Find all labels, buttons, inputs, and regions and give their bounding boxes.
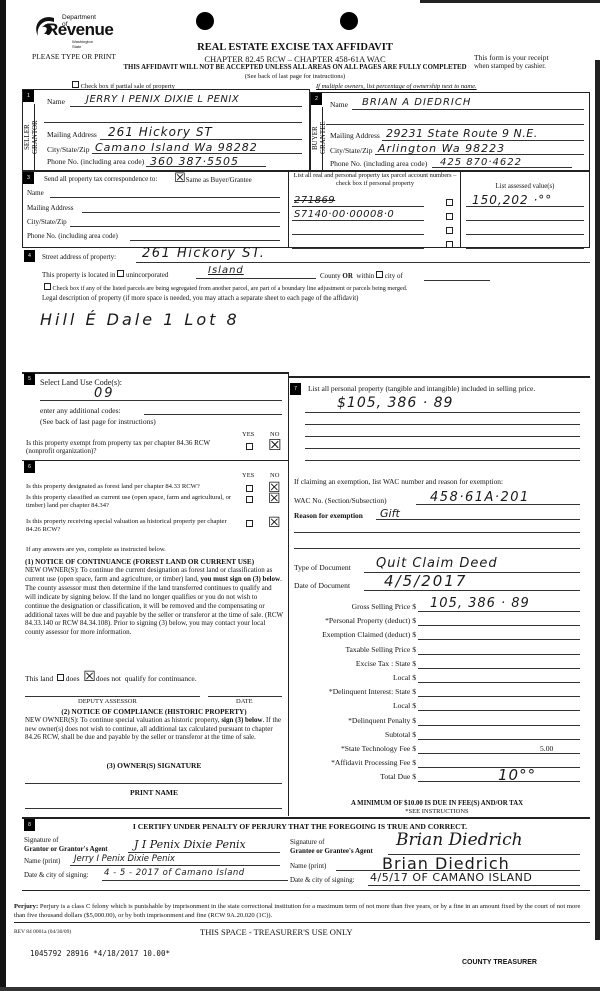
notice-of-compliance: (2) NOTICE OF COMPLIANCE (HISTORIC PROPE… (25, 708, 283, 742)
buyer-side-label: BUYER GRANTEE (311, 107, 323, 170)
assessed-value-header: List assessed value(s) (462, 183, 588, 190)
notice2-body: NEW OWNER(S): To continue special valuat… (25, 716, 283, 742)
property-street-field[interactable]: 261 Hickory ST. (142, 246, 265, 261)
same-as-buyer-checkbox-checked[interactable]: ☒ (174, 171, 186, 186)
buyer-address-line (382, 140, 584, 141)
tax-row-label: Exemption Claimed (deduct) $ (292, 630, 416, 639)
multiple-owners-note: If multiple owners, list percentage of o… (316, 83, 477, 90)
classification-no-checkbox-checked[interactable]: ☒ (268, 518, 281, 529)
additional-codes-line[interactable] (144, 414, 282, 415)
deputy-assessor-label: DEPUTY ASSESSOR (78, 698, 137, 705)
parcel-number-field[interactable]: S7140·00·00008·0 (294, 209, 394, 220)
tax-row-line[interactable] (418, 625, 580, 626)
buyer-city-label: City/State/Zip (330, 146, 373, 155)
location-row: This property is located in unincorporat… (42, 270, 168, 279)
wac-field[interactable]: 458·61A·201 (430, 490, 530, 505)
pp-line-5[interactable] (305, 460, 580, 461)
reason-line-2[interactable] (294, 532, 580, 533)
form-warning: THIS AFFIDAVIT WILL NOT BE ACCEPTED UNLE… (60, 64, 530, 71)
tax-row-line[interactable] (418, 710, 580, 711)
seller-address-field[interactable]: 261 Hickory ST (108, 125, 213, 139)
form-title: REAL ESTATE EXCISE TAX AFFIDAVIT (150, 42, 440, 53)
notice2-title: (2) NOTICE OF COMPLIANCE (HISTORIC PROPE… (25, 708, 283, 716)
buyer-address-field[interactable]: 29231 State Route 9 N.E. (386, 127, 538, 140)
assessed-value-line (466, 248, 584, 249)
instructions-note: (See back of last page for instructions) (150, 73, 440, 80)
section-number: 6 (24, 461, 35, 473)
segregated-row: Check box if any of the listed parcels a… (44, 283, 407, 292)
buyer-name-field[interactable]: BRIAN A DIEDRICH (362, 97, 471, 108)
tax-row-label: Taxable Selling Price $ (292, 645, 416, 654)
personal-property-label: List all personal property (tangible and… (308, 384, 578, 394)
tax-row-label: Excise Tax : State $ (292, 659, 416, 668)
reason-field[interactable]: Gift (380, 507, 400, 520)
parcel-line (292, 220, 424, 221)
personal-property-checkbox[interactable] (446, 241, 453, 248)
grantor-date-field[interactable]: 4 - 5 - 2017 of Camano Island (104, 868, 245, 878)
personal-property-checkbox[interactable] (446, 227, 453, 234)
parcel-line (292, 206, 424, 207)
seller-address-label: Mailing Address (47, 130, 97, 139)
parcel-line (292, 234, 424, 235)
doc-type-label: Type of Document (294, 563, 351, 572)
grantor-name-label: Name (print) (24, 857, 60, 865)
tax-row-line[interactable] (418, 725, 580, 726)
please-type-text: PLEASE TYPE OR PRINT (32, 52, 116, 61)
section-number: 1 (23, 90, 34, 102)
seller-phone-field[interactable]: 360 387·5505 (150, 155, 239, 168)
tax-row-label: Gross Selling Price $ (292, 602, 416, 611)
scan-edge-right (595, 60, 600, 940)
personal-property-field[interactable]: $105, 386 · 89 (337, 395, 453, 411)
scan-edge-bottom (0, 987, 600, 991)
county-row: County OR within city of (320, 271, 403, 280)
pp-line-3[interactable] (305, 436, 580, 437)
personal-property-checkbox[interactable] (446, 199, 453, 206)
form-revision: REV 84 0001a (04/30/09) (14, 929, 71, 935)
receipt-note-2: when stamped by cashier. (474, 62, 546, 70)
assessed-value-line (466, 234, 584, 235)
section-number: 7 (290, 383, 301, 395)
no-header: NO (270, 472, 279, 479)
logo-state: Washington State (72, 39, 102, 49)
city-of-line[interactable] (424, 280, 490, 281)
seller-side-label: SELLER GRANTOR (23, 104, 35, 170)
form-chapter: CHAPTER 82.45 RCW – CHAPTER 458-61A WAC (150, 54, 440, 64)
assessor-date-line[interactable] (208, 696, 282, 697)
tax-row-label: *Affidavit Processing Fee $ (292, 758, 416, 767)
owner-signature-heading: (3) OWNER(S) SIGNATURE (25, 761, 283, 770)
parcel-number-field[interactable]: 271869 (294, 195, 335, 206)
minimum-note: A MINIMUM OF $10.00 IS DUE IN FEE(S) AND… (292, 800, 582, 807)
grantor-name-line (70, 865, 280, 866)
buyer-phone-label: Phone No. (including area code) (330, 159, 427, 168)
owner-signature-line[interactable] (25, 783, 282, 784)
same-as-buyer-option[interactable]: ☒Same as Buyer/Grantee (174, 173, 252, 184)
divider (22, 460, 288, 461)
grantee-date-field[interactable]: 4/5/17 OF CAMANO ISLAND (370, 871, 532, 884)
land-use-line (40, 400, 282, 401)
legal-description-field[interactable]: Hill É Dale 1 Lot 8 (40, 310, 240, 329)
corr-address-line[interactable] (82, 212, 280, 213)
divider (288, 171, 289, 248)
grantee-signature-label: Signature of Grantee or Grantee's Agent (290, 838, 373, 855)
street-label: Street address of property: (42, 253, 116, 261)
buyer-name-label: Name (330, 100, 348, 109)
tax-row-line[interactable] (418, 739, 580, 740)
tax-row-label: Subtotal $ (292, 730, 416, 739)
section-number: 5 (24, 373, 35, 385)
buyer-address-label: Mailing Address (330, 131, 380, 140)
corr-name-line[interactable] (50, 197, 280, 198)
grantor-date-line (102, 880, 288, 881)
notice1-title: (1) NOTICE OF CONTINUANCE (FOREST LAND O… (25, 558, 283, 566)
classification-question: Is this property receiving special valua… (26, 518, 236, 534)
same-as-buyer-label: Same as Buyer/Grantee (186, 176, 252, 184)
if-yes-note: If any answers are yes, complete as inst… (26, 546, 166, 553)
segregated-checkbox[interactable] (44, 283, 51, 290)
classification-no-checkbox-checked[interactable]: ☒ (268, 494, 281, 505)
grantee-date-label: Date & city of signing: (290, 876, 355, 884)
corr-city-line[interactable] (70, 226, 280, 227)
print-name-label: PRINT NAME (25, 788, 283, 797)
seller-name-field[interactable]: JERRY I PENIX DIXIE L PENIX (86, 94, 239, 105)
section-number: 3 (23, 172, 34, 184)
notice1-body: NEW OWNER(S): To continue the current de… (25, 566, 283, 637)
corr-city-label: City/State/Zip (27, 218, 67, 226)
grantor-signature[interactable]: J I Penix Dixie Penix (134, 838, 246, 851)
wac-label: WAC No. (Section/Subsection) (294, 496, 387, 505)
grantor-signature-line (128, 852, 280, 853)
buyer-name-line (352, 109, 584, 110)
grantor-signature-label: Signature of Grantor or Grantor's Agent (24, 836, 108, 853)
tax-row-label: *Delinquent Interest: State $ (292, 687, 416, 696)
print-name-line[interactable] (25, 808, 282, 809)
seller-name-label: Name (47, 97, 65, 106)
classification-question: Is this property designated as forest la… (26, 483, 236, 491)
tax-row-line[interactable] (418, 753, 580, 754)
parcel-line (292, 248, 424, 249)
see-back-note: (See back of last page for instructions) (40, 417, 156, 426)
section-number: 4 (24, 250, 35, 262)
divider (22, 890, 590, 891)
divider-line (294, 548, 580, 549)
divider (22, 372, 288, 374)
nonprofit-no-checkbox-checked[interactable]: ☒ (268, 440, 281, 451)
deputy-assessor-line[interactable] (25, 696, 200, 697)
logo-name: Revenue (46, 21, 113, 38)
doc-date-line (364, 590, 580, 591)
tax-row-line[interactable] (418, 682, 580, 683)
tax-row-label: Local $ (292, 701, 416, 710)
seller-address-line (100, 139, 302, 140)
tax-row-label: *Personal Property (deduct) $ (292, 616, 416, 625)
additional-codes-label: enter any additional codes: (40, 406, 121, 415)
tax-row-label: Total Due $ (292, 772, 416, 781)
tax-row-value[interactable]: 5.00 (540, 744, 553, 753)
grantee-date-line (368, 885, 580, 886)
classification-yes-checkbox[interactable] (246, 496, 253, 503)
tax-row-line[interactable] (418, 654, 580, 655)
pp-line-2[interactable] (305, 424, 580, 425)
county-treasurer-label: COUNTY TREASURER (462, 959, 537, 966)
tax-row-line[interactable] (418, 668, 580, 669)
nonprofit-yes-checkbox[interactable] (246, 443, 253, 450)
grantee-signature[interactable]: Brian Diedrich (396, 830, 523, 850)
perjury-notice: Perjury: Perjury is a class C felony whi… (14, 902, 590, 920)
divider (14, 922, 590, 923)
buyer-name-line-2 (326, 124, 584, 125)
classification-yes-checkbox[interactable] (246, 485, 253, 492)
section-number: 2 (311, 93, 322, 105)
tax-row-value[interactable]: 105, 386 · 89 (430, 596, 530, 611)
buyer-city-field[interactable]: Arlington Wa 98223 (378, 142, 505, 155)
pp-line-1 (305, 412, 580, 413)
tax-row-label: Local $ (292, 673, 416, 682)
grantee-name-label: Name (print) (290, 862, 326, 870)
tax-row-line[interactable] (418, 639, 580, 640)
doc-date-label: Date of Document (294, 581, 350, 590)
classification-yes-checkbox[interactable] (246, 520, 253, 527)
divider (22, 817, 590, 819)
column-divider (288, 372, 289, 816)
classification-question: Is this property classified as current u… (26, 494, 236, 510)
tax-row-value[interactable]: 10°° (498, 766, 536, 784)
street-line (136, 262, 590, 263)
treasurer-use-label: THIS SPACE - TREASURER'S USE ONLY (200, 927, 353, 937)
punch-hole (340, 12, 358, 30)
divider (460, 171, 461, 248)
corr-phone-line[interactable] (130, 240, 280, 241)
section-number: 8 (24, 819, 35, 831)
assessed-value-field[interactable]: 150,202 ·°° (472, 193, 552, 207)
land-use-code-field[interactable]: 09 (94, 386, 115, 401)
tax-row-line[interactable] (418, 611, 580, 612)
personal-property-checkbox[interactable] (446, 213, 453, 220)
nonprofit-question: Is this property exempt from property ta… (26, 439, 226, 455)
divider (288, 376, 590, 378)
yes-header: YES (242, 431, 254, 438)
tax-row-line[interactable] (418, 696, 580, 697)
yes-header: YES (242, 472, 254, 479)
does-qualify-checkbox[interactable] (57, 674, 64, 681)
receipt-note-1: This form is your receipt (474, 53, 549, 62)
exemption-label: If claiming an exemption, list WAC numbe… (294, 477, 503, 486)
grantor-name-field[interactable]: Jerry I Penix Dixie Penix (74, 854, 175, 864)
unincorporated-checkbox[interactable] (117, 270, 124, 277)
legal-desc-label: Legal description of property (if more s… (42, 295, 358, 302)
seller-city-label: City/State/Zip (47, 145, 90, 154)
scan-edge-left (0, 0, 6, 991)
scan-edge-top (420, 0, 600, 3)
corr-phone-label: Phone No. (including area code) (27, 232, 118, 240)
county-line (196, 278, 316, 279)
reason-label: Reason for exemption (294, 511, 363, 520)
seller-name-line (70, 106, 302, 107)
corr-name-label: Name (27, 189, 44, 197)
buyer-phone-field[interactable]: 425 870·4622 (440, 157, 522, 168)
treasurer-stamp: 1045792 28916 *4/18/2017 10.00* (30, 949, 170, 958)
reason-line (376, 519, 580, 520)
assessor-date-label: DATE (236, 698, 253, 705)
correspondence-label: Send all property tax correspondence to: (44, 175, 157, 183)
punch-hole (196, 12, 214, 30)
doc-type-field[interactable]: Quit Claim Deed (376, 556, 498, 571)
pp-line-4[interactable] (305, 448, 580, 449)
seller-name-line-2 (44, 122, 302, 123)
assessed-value-line (466, 220, 584, 221)
tax-row-label: *Delinquent Penalty $ (292, 716, 416, 725)
notice-of-continuance: (1) NOTICE OF CONTINUANCE (FOREST LAND O… (25, 558, 283, 637)
partial-sale-checkbox[interactable] (72, 81, 79, 88)
county-field[interactable]: Island (208, 265, 244, 276)
dor-logo: Department of Revenue Washington State (32, 12, 102, 48)
city-of-checkbox[interactable] (376, 271, 383, 278)
grantor-date-label: Date & city of signing: (24, 871, 89, 879)
parcel-header: List all real and personal property tax … (290, 172, 460, 188)
does-not-qualify-checkbox-checked[interactable]: ☒ (83, 669, 96, 685)
corr-address-label: Mailing Address (27, 204, 73, 212)
continuance-row: This land does ☒does not qualify for con… (25, 672, 197, 683)
see-instructions-note: *SEE INSTRUCTIONS (292, 808, 582, 815)
tax-row-label: *State Technology Fee $ (292, 744, 416, 753)
doc-date-field[interactable]: 4/5/2017 (384, 572, 467, 590)
seller-phone-label: Phone No. (including area code) (47, 157, 144, 166)
seller-city-field[interactable]: Camano Island Wa 98282 (95, 141, 258, 154)
